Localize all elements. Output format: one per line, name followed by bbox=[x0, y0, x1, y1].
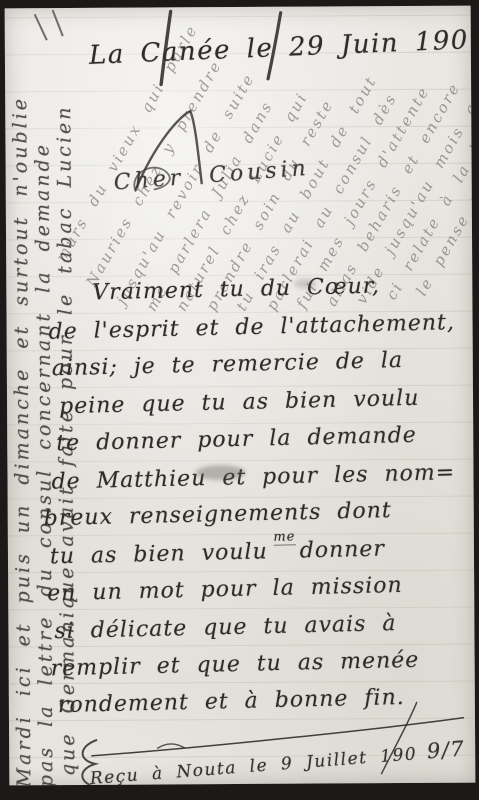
received-note-text: Reçu à Nouta le 9 Juillet 190 bbox=[89, 744, 418, 785]
body-line: remplir et que tu as menée bbox=[50, 648, 419, 682]
body-line: si délicate que tu avais à bbox=[54, 611, 397, 644]
paper: murs du vieux qui parle Nauries chez y p… bbox=[5, 6, 476, 786]
body-line: rondement et à bonne fin. bbox=[58, 685, 405, 718]
ink-smudge bbox=[294, 279, 316, 289]
inserted-word: me bbox=[273, 529, 295, 546]
received-note: Reçu à Nouta le 9 Juillet 1909/7 bbox=[89, 737, 466, 786]
body-line-text: donner bbox=[299, 537, 385, 564]
body-line: breux renseignements dont bbox=[43, 498, 392, 531]
body-line: de l'esprit et de l'attachement, bbox=[48, 310, 455, 345]
dateline: La Canée le 29 Juin 1907 bbox=[88, 25, 475, 71]
body-line: de Matthieu et pour les nom= bbox=[51, 460, 455, 495]
body-line: ainsi; je te remercie de la bbox=[52, 348, 404, 381]
body-line-text: tu as bien voulu bbox=[50, 539, 268, 569]
body-line: en un mot pour la mission bbox=[47, 573, 403, 606]
body-line: peine que tu as bien voulu bbox=[59, 386, 420, 419]
body-line: te donner pour la demande bbox=[56, 423, 417, 456]
letter-scan: murs du vieux qui parle Nauries chez y p… bbox=[0, 0, 479, 800]
body-line: tu as bien voulumedonner bbox=[50, 536, 386, 569]
received-date-fraction: 9/7 bbox=[426, 737, 466, 764]
